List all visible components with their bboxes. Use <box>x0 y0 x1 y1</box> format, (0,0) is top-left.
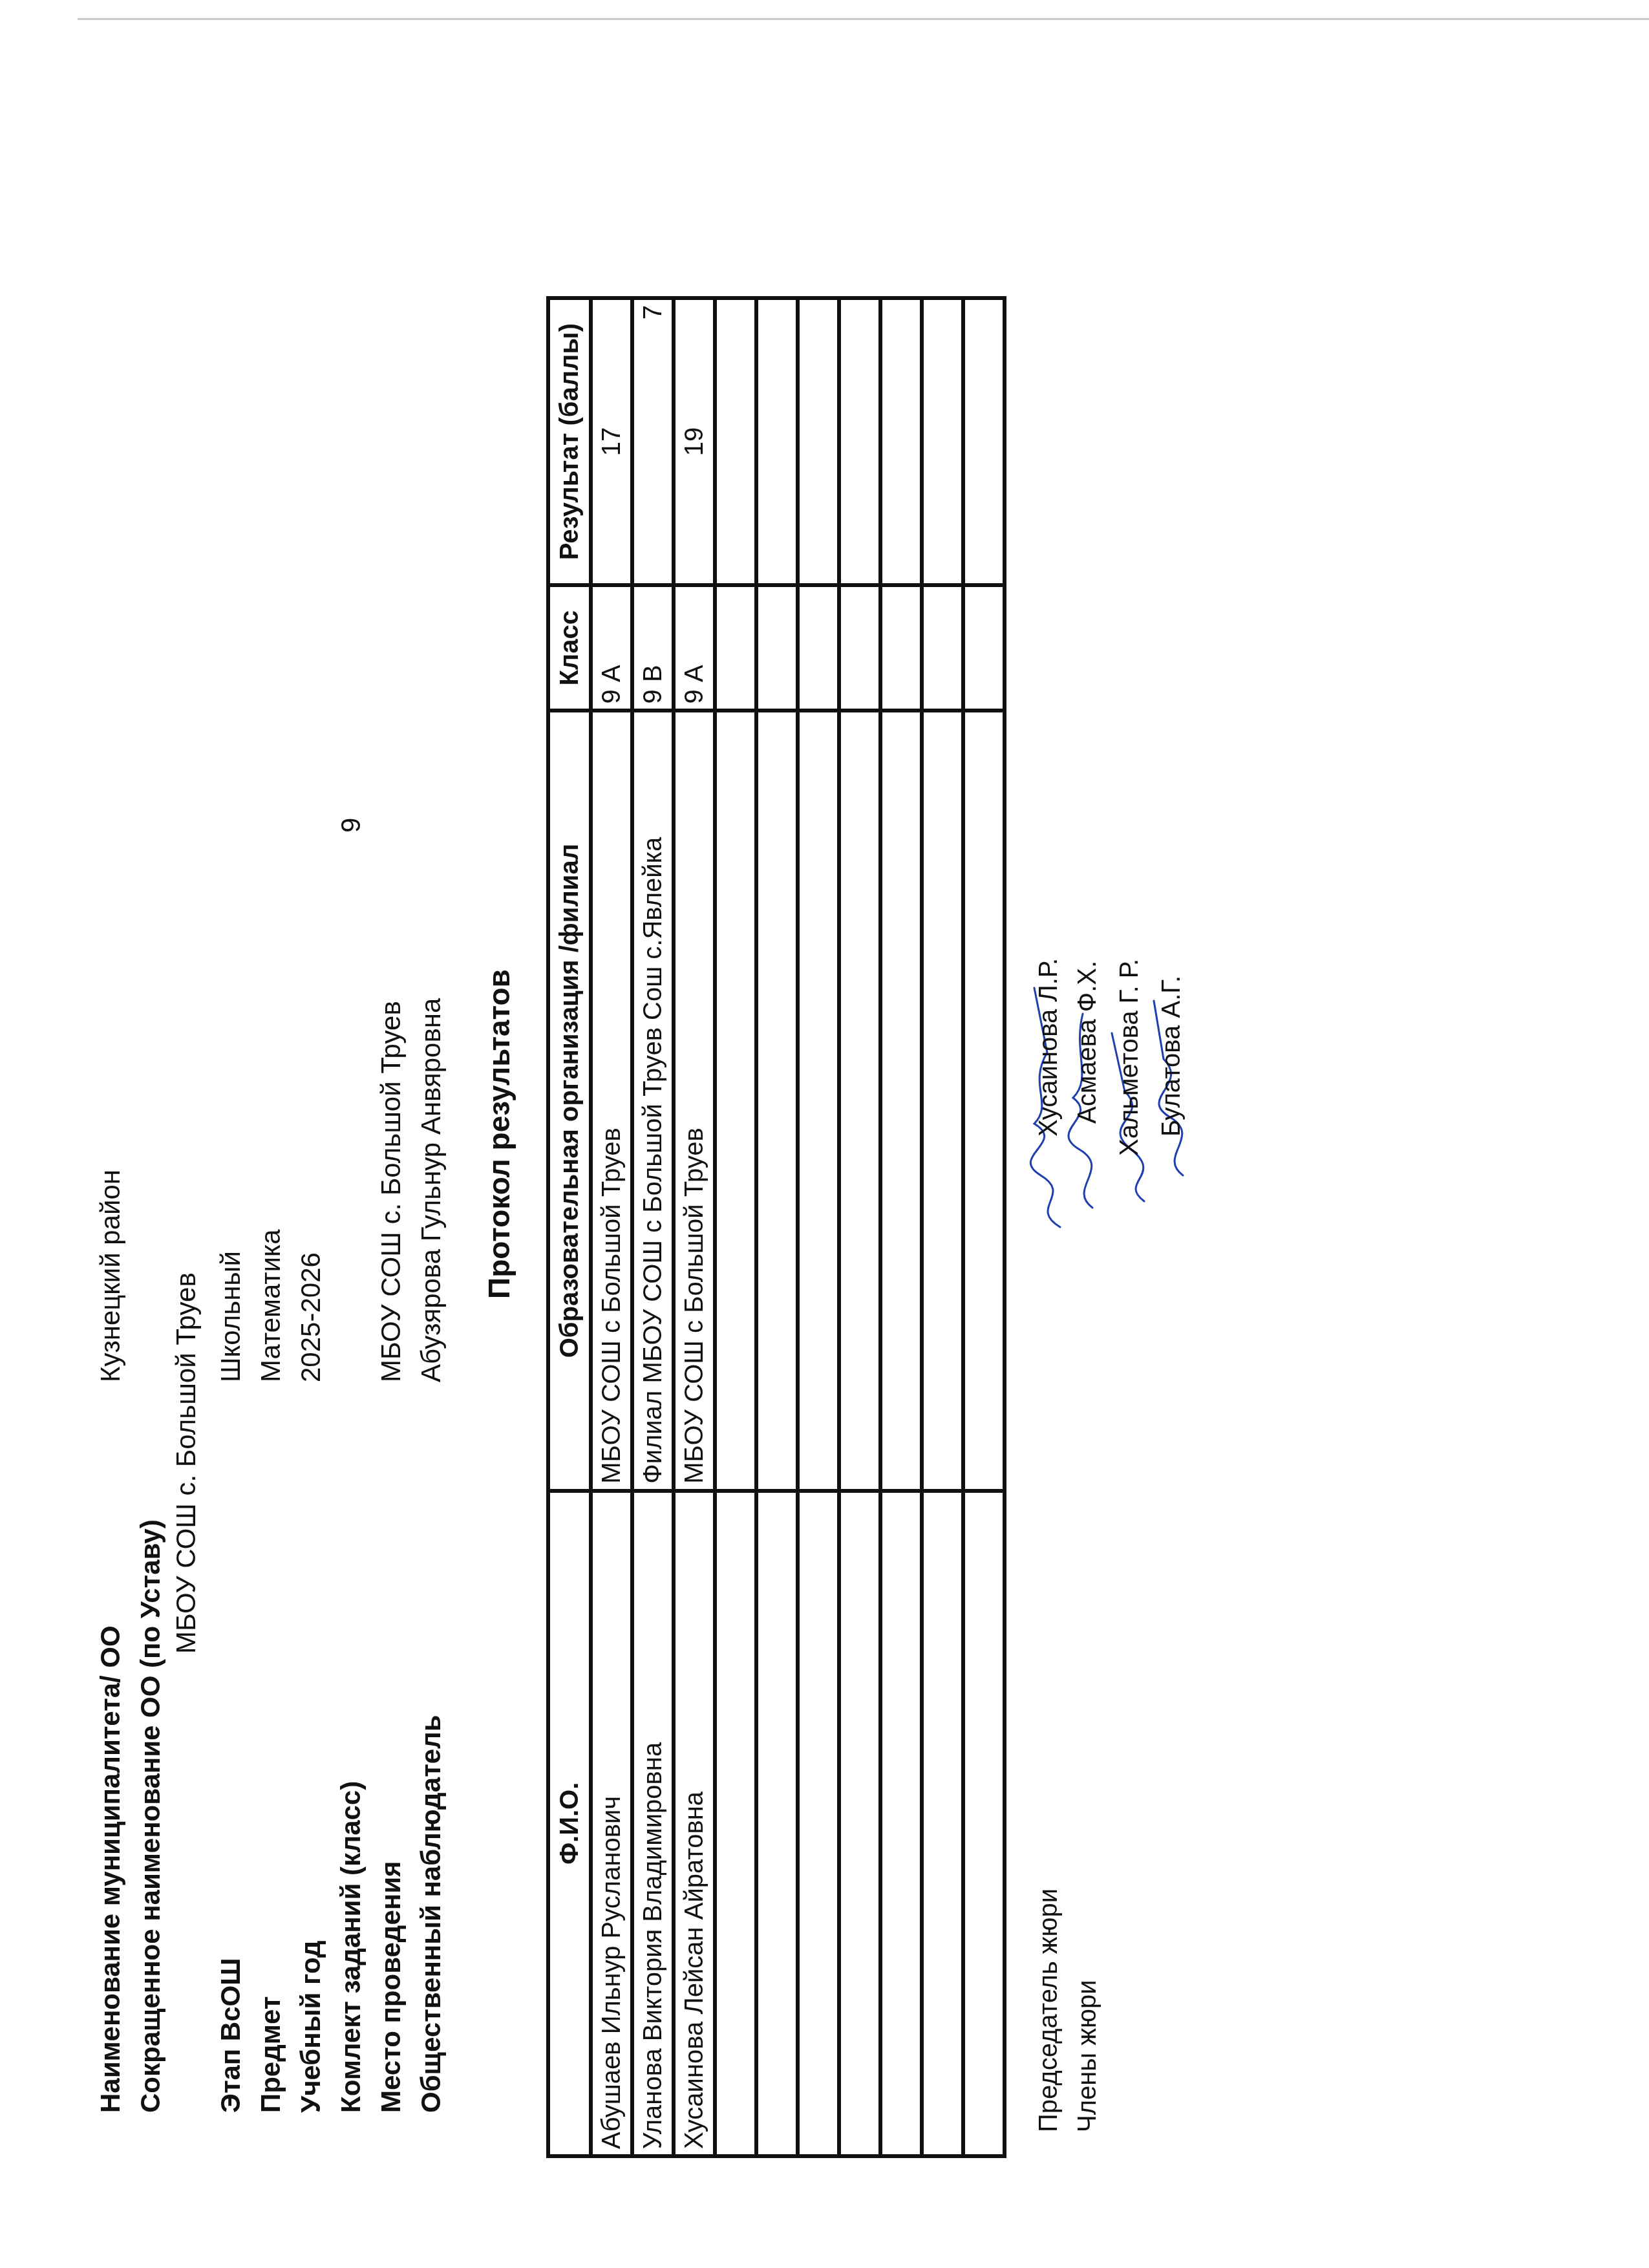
cell-empty <box>963 1491 1005 2156</box>
meta-label: Этап ВсОШ <box>215 1835 246 2113</box>
cell-empty <box>963 711 1005 1490</box>
table-row-empty <box>839 298 880 2156</box>
empty-rows <box>715 298 1005 2156</box>
meta-label: Общественный наблюдатель <box>416 1835 447 2113</box>
cell-empty <box>715 298 756 585</box>
table-row-empty <box>756 298 798 2156</box>
table-row: Хусаинова Лейсан Айратовна МБОУ СОШ с Бо… <box>674 298 715 2156</box>
cell-empty <box>839 585 880 711</box>
jury-name: Асмаева Ф.Х. <box>1073 961 1102 1124</box>
cell-empty <box>798 1491 839 2156</box>
cell-empty <box>880 298 922 585</box>
cell-score: 17 <box>591 298 632 585</box>
jury-name: Хусаинова Л.Р. <box>1034 958 1063 1137</box>
table-row: Абушаев Ильнур Русланович МБОУ СОШ с Бол… <box>591 298 632 2156</box>
meta-value: МБОУ СОШ с. Большой Труев <box>171 1272 202 1654</box>
header-score: Результат (баллы) <box>548 298 591 585</box>
meta-value: Математика <box>255 1229 286 1382</box>
cell-organization: Филиал МБОУ СОШ с Большой Труев Сош с.Яв… <box>632 711 674 1490</box>
meta-block: Наименование муниципалитета/ ОО Кузнецки… <box>90 818 451 2113</box>
cell-empty <box>798 298 839 585</box>
meta-row-subject: Предмет Математика <box>251 818 291 2113</box>
meta-value: Кузнецкий район <box>95 1170 126 1382</box>
meta-row-municipality: Наименование муниципалитета/ ОО Кузнецки… <box>90 818 131 2113</box>
cell-empty <box>922 585 963 711</box>
cell-fio: Уланова Виктория Владимировна <box>632 1491 674 2156</box>
cell-empty <box>715 1491 756 2156</box>
cell-empty <box>922 1491 963 2156</box>
jury-name: Булатова А.Г. <box>1157 976 1186 1137</box>
cell-empty <box>756 711 798 1490</box>
meta-row-observer: Общественный наблюдатель Абузярова Гульн… <box>411 818 451 2113</box>
meta-label: Сокращенное наименование ОО (по Уставу) <box>131 1466 171 2113</box>
results-table: Ф.И.О. Образовательная организация /фили… <box>546 296 1006 2158</box>
table-row: Уланова Виктория Владимировна Филиал МБО… <box>632 298 674 2156</box>
cell-organization: МБОУ СОШ с Большой Труев <box>674 711 715 1490</box>
cell-class: 9 А <box>591 585 632 711</box>
cell-score: 7 <box>632 298 674 585</box>
meta-row-short-name: Сокращенное наименование ОО (по Уставу) … <box>131 818 211 2113</box>
cell-empty <box>839 711 880 1490</box>
header-class: Класс <box>548 585 591 711</box>
header-fio: Ф.И.О. <box>548 1491 591 2156</box>
cell-organization: МБОУ СОШ с Большой Труев <box>591 711 632 1490</box>
table-header-row: Ф.И.О. Образовательная организация /фили… <box>548 298 591 2156</box>
cell-score: 19 <box>674 298 715 585</box>
cell-empty <box>756 1491 798 2156</box>
meta-row-year: Учебный год 2025-2026 <box>291 818 331 2113</box>
meta-value: МБОУ СОШ с. Большой Труев <box>376 1001 407 1382</box>
table-row-empty <box>963 298 1005 2156</box>
table-row-empty <box>715 298 756 2156</box>
table-row-empty <box>922 298 963 2156</box>
meta-row-venue: Место проведения МБОУ СОШ с. Большой Тру… <box>371 818 411 2113</box>
protocol-page: Наименование муниципалитета/ ОО Кузнецки… <box>0 0 1649 2268</box>
jury-members-label: Члены жюри <box>1073 1980 1102 2132</box>
jury-name: Хальметова Г. Р. <box>1115 959 1144 1156</box>
meta-label: Учебный год <box>295 1835 326 2113</box>
cell-empty <box>756 585 798 711</box>
meta-value: 9 <box>335 818 367 833</box>
cell-class: 9 В <box>632 585 674 711</box>
cell-empty <box>715 585 756 711</box>
table-row-empty <box>880 298 922 2156</box>
header-organization: Образовательная организация /филиал <box>548 711 591 1490</box>
cell-empty <box>880 585 922 711</box>
document-title: Протокол результатов <box>482 0 516 2268</box>
meta-row-task-set: Комлект заданий (класс) 9 <box>331 818 371 2113</box>
jury-block: Председатель жюри Члены жюри Хусаинова Л… <box>1008 0 1590 2268</box>
meta-label: Наименование муниципалитета/ ОО <box>95 1835 126 2113</box>
jury-chair-label: Председатель жюри <box>1034 1888 1063 2132</box>
cell-fio: Хусаинова Лейсан Айратовна <box>674 1491 715 2156</box>
meta-value: Школьный <box>215 1251 246 1382</box>
cell-empty <box>880 711 922 1490</box>
cell-empty <box>839 298 880 585</box>
meta-label: Место проведения <box>376 1835 407 2113</box>
cell-fio: Абушаев Ильнур Русланович <box>591 1491 632 2156</box>
table-row-empty <box>798 298 839 2156</box>
cell-empty <box>798 711 839 1490</box>
meta-value: 2025-2026 <box>295 1252 326 1382</box>
cell-empty <box>963 585 1005 711</box>
cell-empty <box>839 1491 880 2156</box>
cell-empty <box>922 298 963 585</box>
meta-label: Предмет <box>255 1835 286 2113</box>
cell-empty <box>880 1491 922 2156</box>
cell-empty <box>798 585 839 711</box>
cell-empty <box>756 298 798 585</box>
cell-empty <box>963 298 1005 585</box>
meta-value: Абузярова Гульнур Анвяровна <box>416 998 447 1382</box>
cell-empty <box>715 711 756 1490</box>
cell-empty <box>922 711 963 1490</box>
meta-label: Комлект заданий (класс) <box>335 1835 367 2113</box>
cell-class: 9 А <box>674 585 715 711</box>
meta-row-stage: Этап ВсОШ Школьный <box>211 818 251 2113</box>
